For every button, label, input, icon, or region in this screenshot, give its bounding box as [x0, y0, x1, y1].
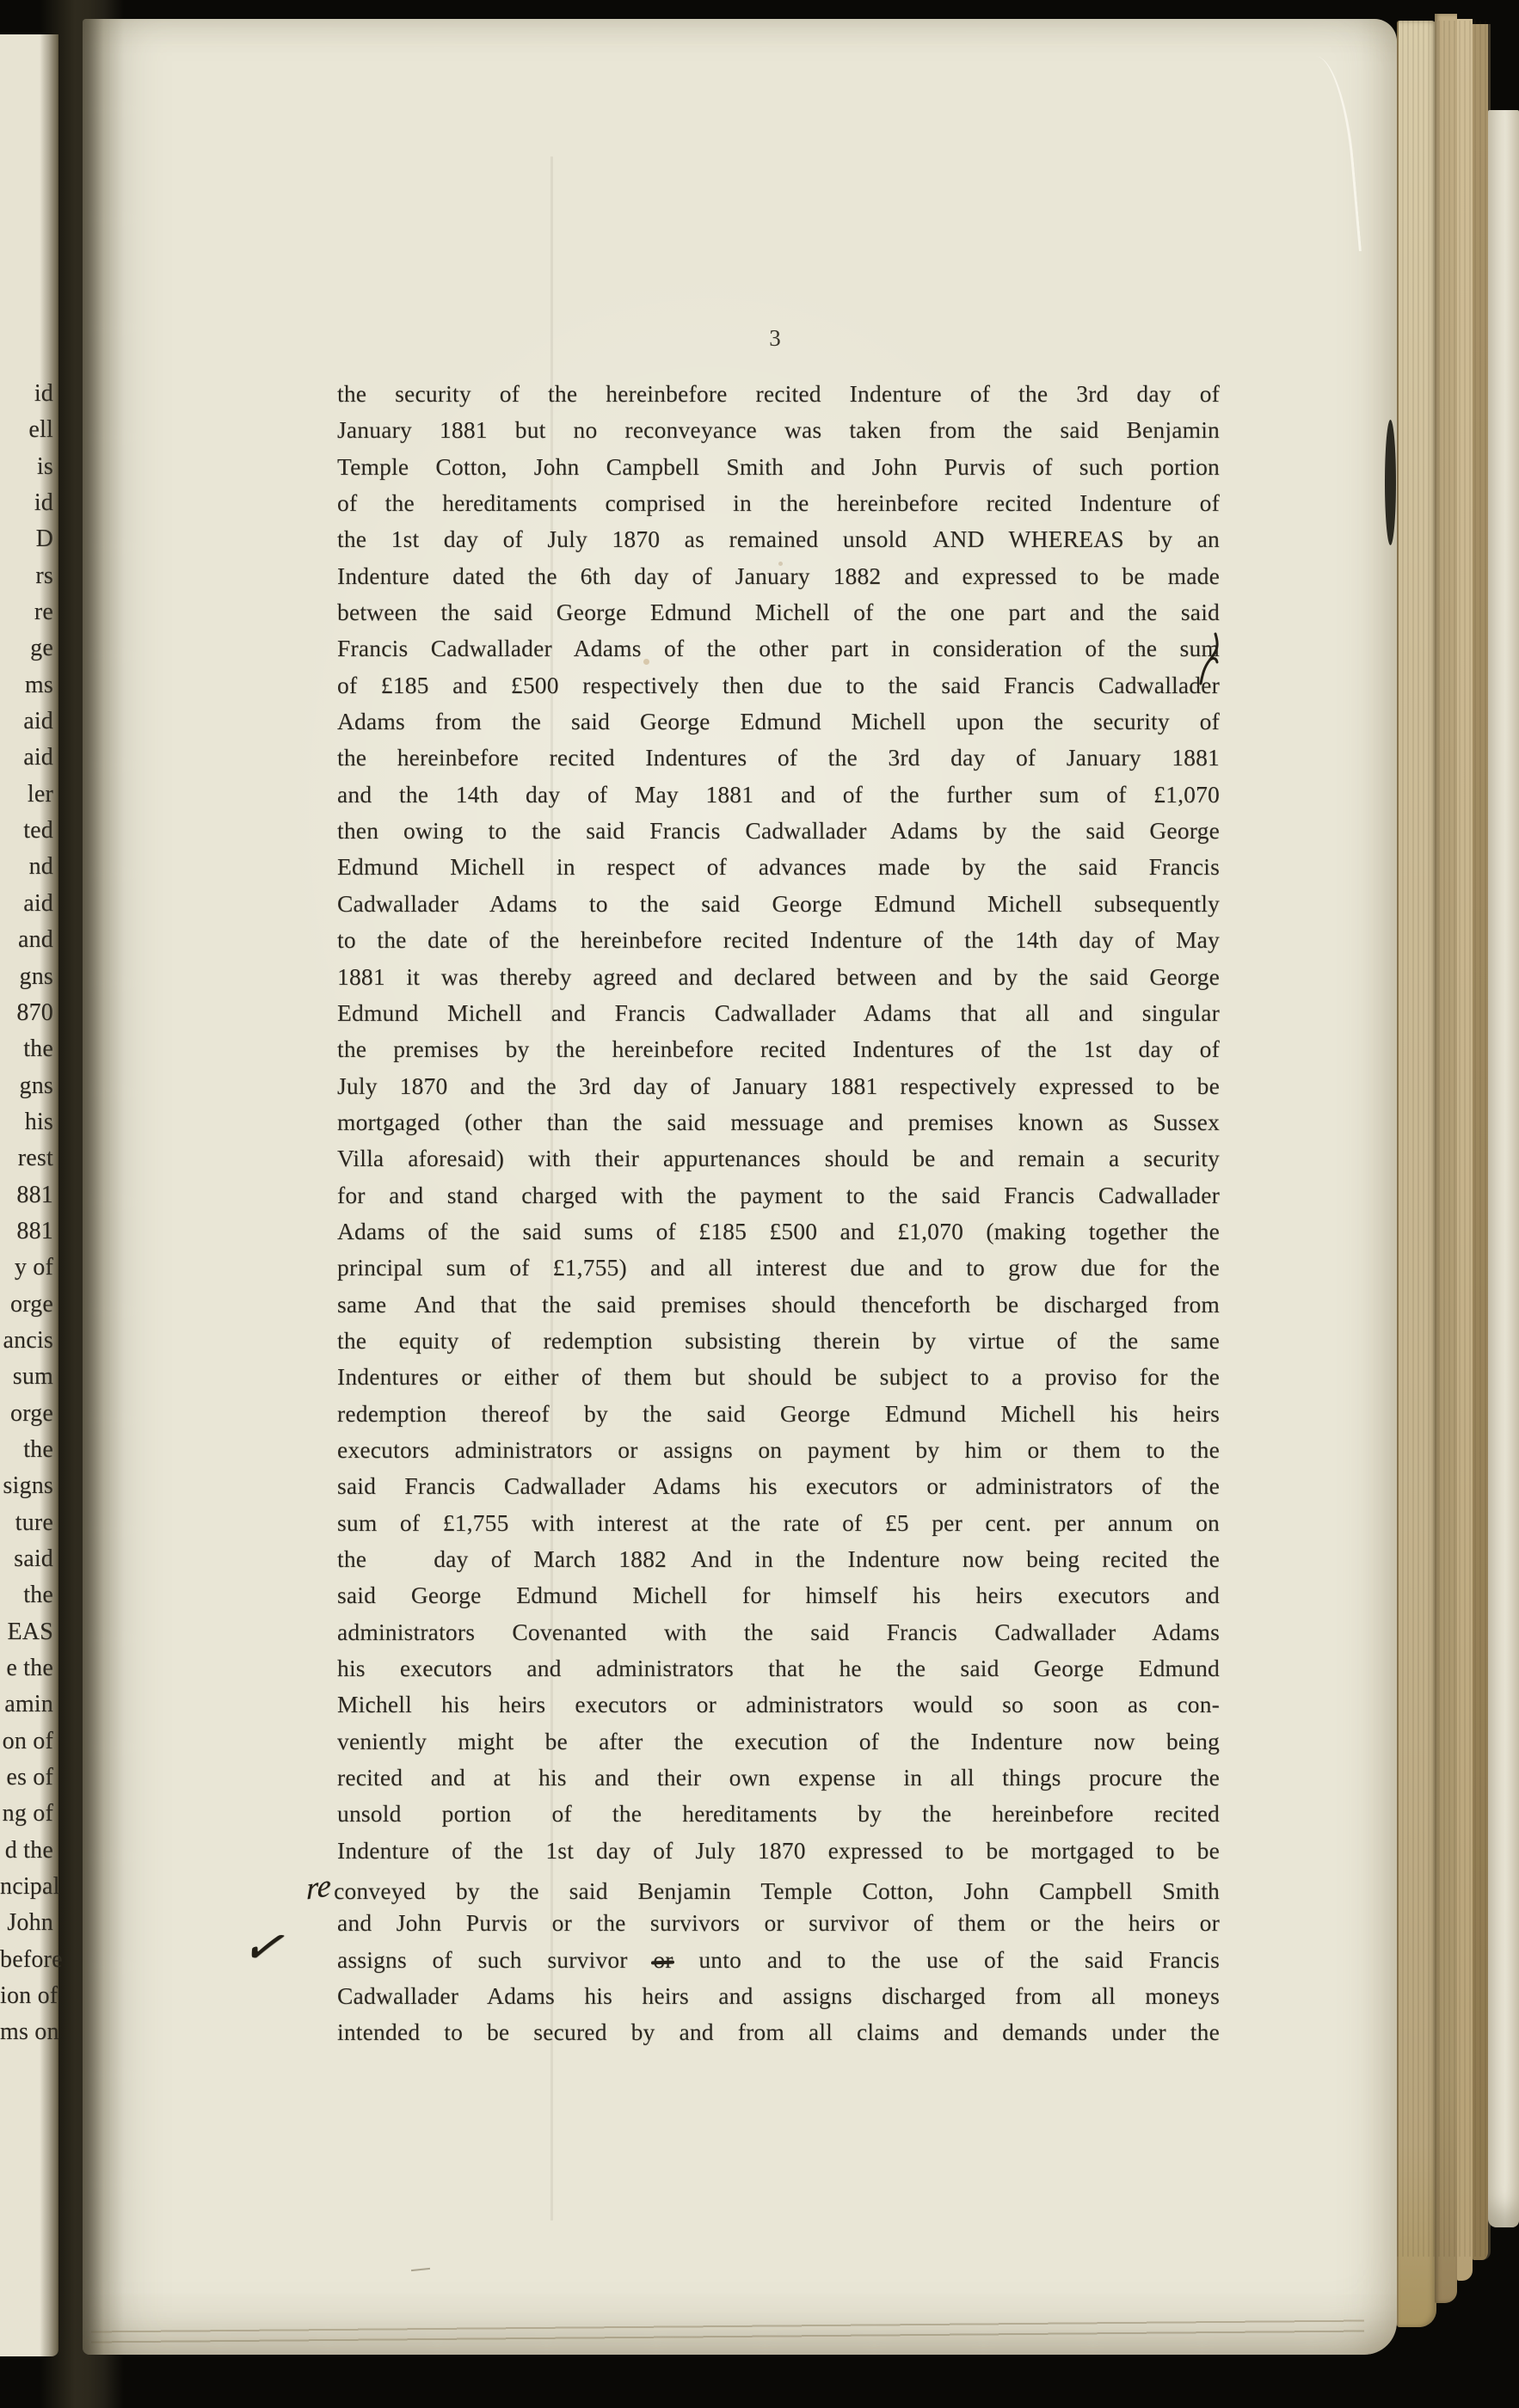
blank-space [366, 1565, 434, 1567]
page-edge [1435, 14, 1457, 2303]
text-run: AND WHEREAS by an [932, 525, 1220, 552]
pen-stroke-icon [1197, 631, 1220, 686]
text-line: Adams from the said George Edmund Michel… [337, 703, 1220, 740]
fragment-line: id [0, 376, 53, 412]
text-line: the premises by the hereinbefore recited… [337, 1031, 1220, 1067]
text-run: And in the Indenture now being recited t… [691, 1545, 1220, 1572]
fragment-line: ture [0, 1505, 53, 1541]
text-line: Cadwallader Adams to the said George Edm… [337, 886, 1220, 922]
text-line: and the 14th day of May 1881 and of the … [337, 777, 1220, 813]
text-line: recited and at his and their own expense… [337, 1760, 1220, 1796]
fragment-line: ion of [0, 1978, 53, 2014]
fragment-line: EAS [0, 1614, 53, 1650]
fragment-line: d the [0, 1833, 53, 1869]
text-line: Indenture dated the 6th day of January 1… [337, 558, 1220, 594]
text-line: Francis Cadwallader Adams of the other p… [337, 630, 1220, 666]
page-edge-tear [1385, 420, 1396, 545]
fragment-line: aid [0, 886, 53, 922]
fragment-line: said [0, 1541, 53, 1577]
fragment-line: gns [0, 959, 53, 995]
text-run: same [337, 1291, 386, 1318]
text-run: assigns of such survivor [337, 1946, 653, 1973]
stray-pencil-mark [411, 2268, 430, 2271]
text-line: mortgaged (other than the said messuage … [337, 1104, 1220, 1140]
page-corner-highlight [1313, 54, 1362, 254]
fragment-line: 870 [0, 995, 53, 1031]
text-line: assigns of such survivor or unto and to … [337, 1942, 1220, 1978]
fragment-line: y of [0, 1250, 53, 1286]
text-run: day of March 1882 [434, 1545, 667, 1572]
text-line: Adams of the said sums of £185 £500 and … [337, 1213, 1220, 1250]
blank-space [667, 1565, 691, 1567]
blank-space [386, 1311, 414, 1312]
text-line: Michell his heirs executors or administr… [337, 1686, 1220, 1723]
text-line: the equity of redemption subsisting ther… [337, 1323, 1220, 1359]
fragment-line: id [0, 485, 53, 521]
fragment-line: the [0, 1577, 53, 1613]
text-line: unsold portion of the hereditaments by t… [337, 1796, 1220, 1832]
page-edge [1457, 19, 1473, 2281]
text-line: and John Purvis or the survivors or surv… [337, 1905, 1220, 1941]
fragment-line: gns [0, 1068, 53, 1104]
fragment-line: on of [0, 1723, 53, 1760]
previous-page-edge: idellisidDrsregemsaidaidlertedndaidandgn… [0, 34, 58, 2356]
text-line: of the hereditaments comprised in the he… [337, 485, 1220, 521]
text-line: intended to be secured by and from all c… [337, 2014, 1220, 2050]
blank-space [907, 545, 932, 547]
text-run: And that the said premises should thence… [414, 1291, 1220, 1318]
fragment-line: ms [0, 667, 53, 703]
fragment-line: before [0, 1942, 53, 1978]
text-line: veniently might be after the execution o… [337, 1723, 1220, 1760]
fragment-line: the [0, 1031, 53, 1067]
fragment-line: nd [0, 849, 53, 885]
fragment-line: amin [0, 1686, 53, 1723]
text-line: theday of March 1882And in the Indenture… [337, 1541, 1220, 1577]
next-page-edge [1488, 110, 1519, 2227]
text-line: sum of £1,755 with interest at the rate … [337, 1505, 1220, 1541]
fragment-line: ted [0, 813, 53, 849]
fragment-line: ancis [0, 1323, 53, 1359]
text-line: then owing to the said Francis Cadwallad… [337, 813, 1220, 849]
bottom-page-edges [91, 2313, 1364, 2354]
fragment-line: John [0, 1905, 53, 1941]
fragment-line: 881 [0, 1213, 53, 1250]
handwritten-checkmark-icon: ✓ [236, 1916, 298, 1979]
fragment-line: rest [0, 1140, 53, 1176]
text-line: July 1870 and the 3rd day of January 188… [337, 1068, 1220, 1104]
text-run: the 1st day of July 1870 as remained uns… [337, 525, 907, 552]
text-line: the 1st day of July 1870 as remained uns… [337, 521, 1220, 557]
fragment-line: orge [0, 1396, 53, 1432]
text-run: the [337, 1545, 366, 1572]
handwritten-insert: re [306, 1866, 331, 1907]
text-line: January 1881 but no reconveyance was tak… [337, 412, 1220, 448]
text-line: Edmund Michell in respect of advances ma… [337, 849, 1220, 885]
text-line: Indenture of the 1st day of July 1870 ex… [337, 1833, 1220, 1869]
prev-page-fragments: idellisidDrsregemsaidaidlertedndaidandgn… [0, 376, 53, 2051]
book-photo: idellisidDrsregemsaidaidlertedndaidandgn… [0, 0, 1519, 2408]
text-line: redemption thereof by the said George Ed… [337, 1396, 1220, 1432]
text-line: Cadwallader Adams his heirs and assigns … [337, 1978, 1220, 2014]
fragment-line: sum [0, 1359, 53, 1395]
text-line: for and stand charged with the payment t… [337, 1177, 1220, 1213]
fragment-line: is [0, 449, 53, 485]
text-line: reconveyed by the said Benjamin Temple C… [337, 1869, 1220, 1905]
text-line: to the date of the hereinbefore recited … [337, 922, 1220, 958]
page-edge [1397, 21, 1436, 2327]
text-run: conveyed by the said Benjamin Temple Cot… [334, 1877, 1220, 1904]
text-line: between the said George Edmund Michell o… [337, 594, 1220, 630]
text-line: the security of the hereinbefore recited… [337, 376, 1220, 412]
text-line: sameAnd that the said premises should th… [337, 1287, 1220, 1323]
fragment-line: signs [0, 1468, 53, 1504]
fragment-line: es of [0, 1760, 53, 1796]
fragment-line: aid [0, 703, 53, 740]
fragment-line: orge [0, 1287, 53, 1323]
text-line: the hereinbefore recited Indentures of t… [337, 740, 1220, 776]
fragment-line: ge [0, 630, 53, 666]
fragment-line: the [0, 1432, 53, 1468]
text-block: the security of the hereinbefore recited… [337, 376, 1220, 2051]
page-number: 3 [753, 325, 796, 352]
text-line: 1881 it was thereby agreed and declared … [337, 959, 1220, 995]
fragment-line: rs [0, 558, 53, 594]
text-line: principal sum of £1,755) and all interes… [337, 1250, 1220, 1286]
fragment-line: aid [0, 740, 53, 776]
struck-word: or [653, 1946, 673, 1973]
fragment-line: D [0, 521, 53, 557]
fragment-line: his [0, 1104, 53, 1140]
text-line: executors administrators or assigns on p… [337, 1432, 1220, 1468]
text-line: Indentures or either of them but should … [337, 1359, 1220, 1395]
fragment-line: e the [0, 1650, 53, 1686]
text-line: Villa aforesaid) with their appurtenance… [337, 1140, 1220, 1176]
fragment-line: ms on [0, 2014, 53, 2050]
document-page: 3 the security of the hereinbefore recit… [83, 19, 1397, 2355]
text-line: Temple Cotton, John Campbell Smith and J… [337, 449, 1220, 485]
fragment-line: ncipal [0, 1869, 53, 1905]
text-line: administrators Covenanted with the said … [337, 1614, 1220, 1650]
text-line: of £185 and £500 respectively then due t… [337, 667, 1220, 703]
text-line: said Francis Cadwallader Adams his execu… [337, 1468, 1220, 1504]
text-line: his executors and administrators that he… [337, 1650, 1220, 1686]
fragment-line: ell [0, 412, 53, 448]
fragment-line: ng of [0, 1796, 53, 1832]
text-run: unto and to the use of the said Francis [673, 1946, 1220, 1973]
fragment-line: and [0, 922, 53, 958]
fragment-line: ler [0, 777, 53, 813]
fragment-line: 881 [0, 1177, 53, 1213]
text-line: said George Edmund Michell for himself h… [337, 1577, 1220, 1613]
fragment-line: re [0, 594, 53, 630]
text-line: Edmund Michell and Francis Cadwallader A… [337, 995, 1220, 1031]
